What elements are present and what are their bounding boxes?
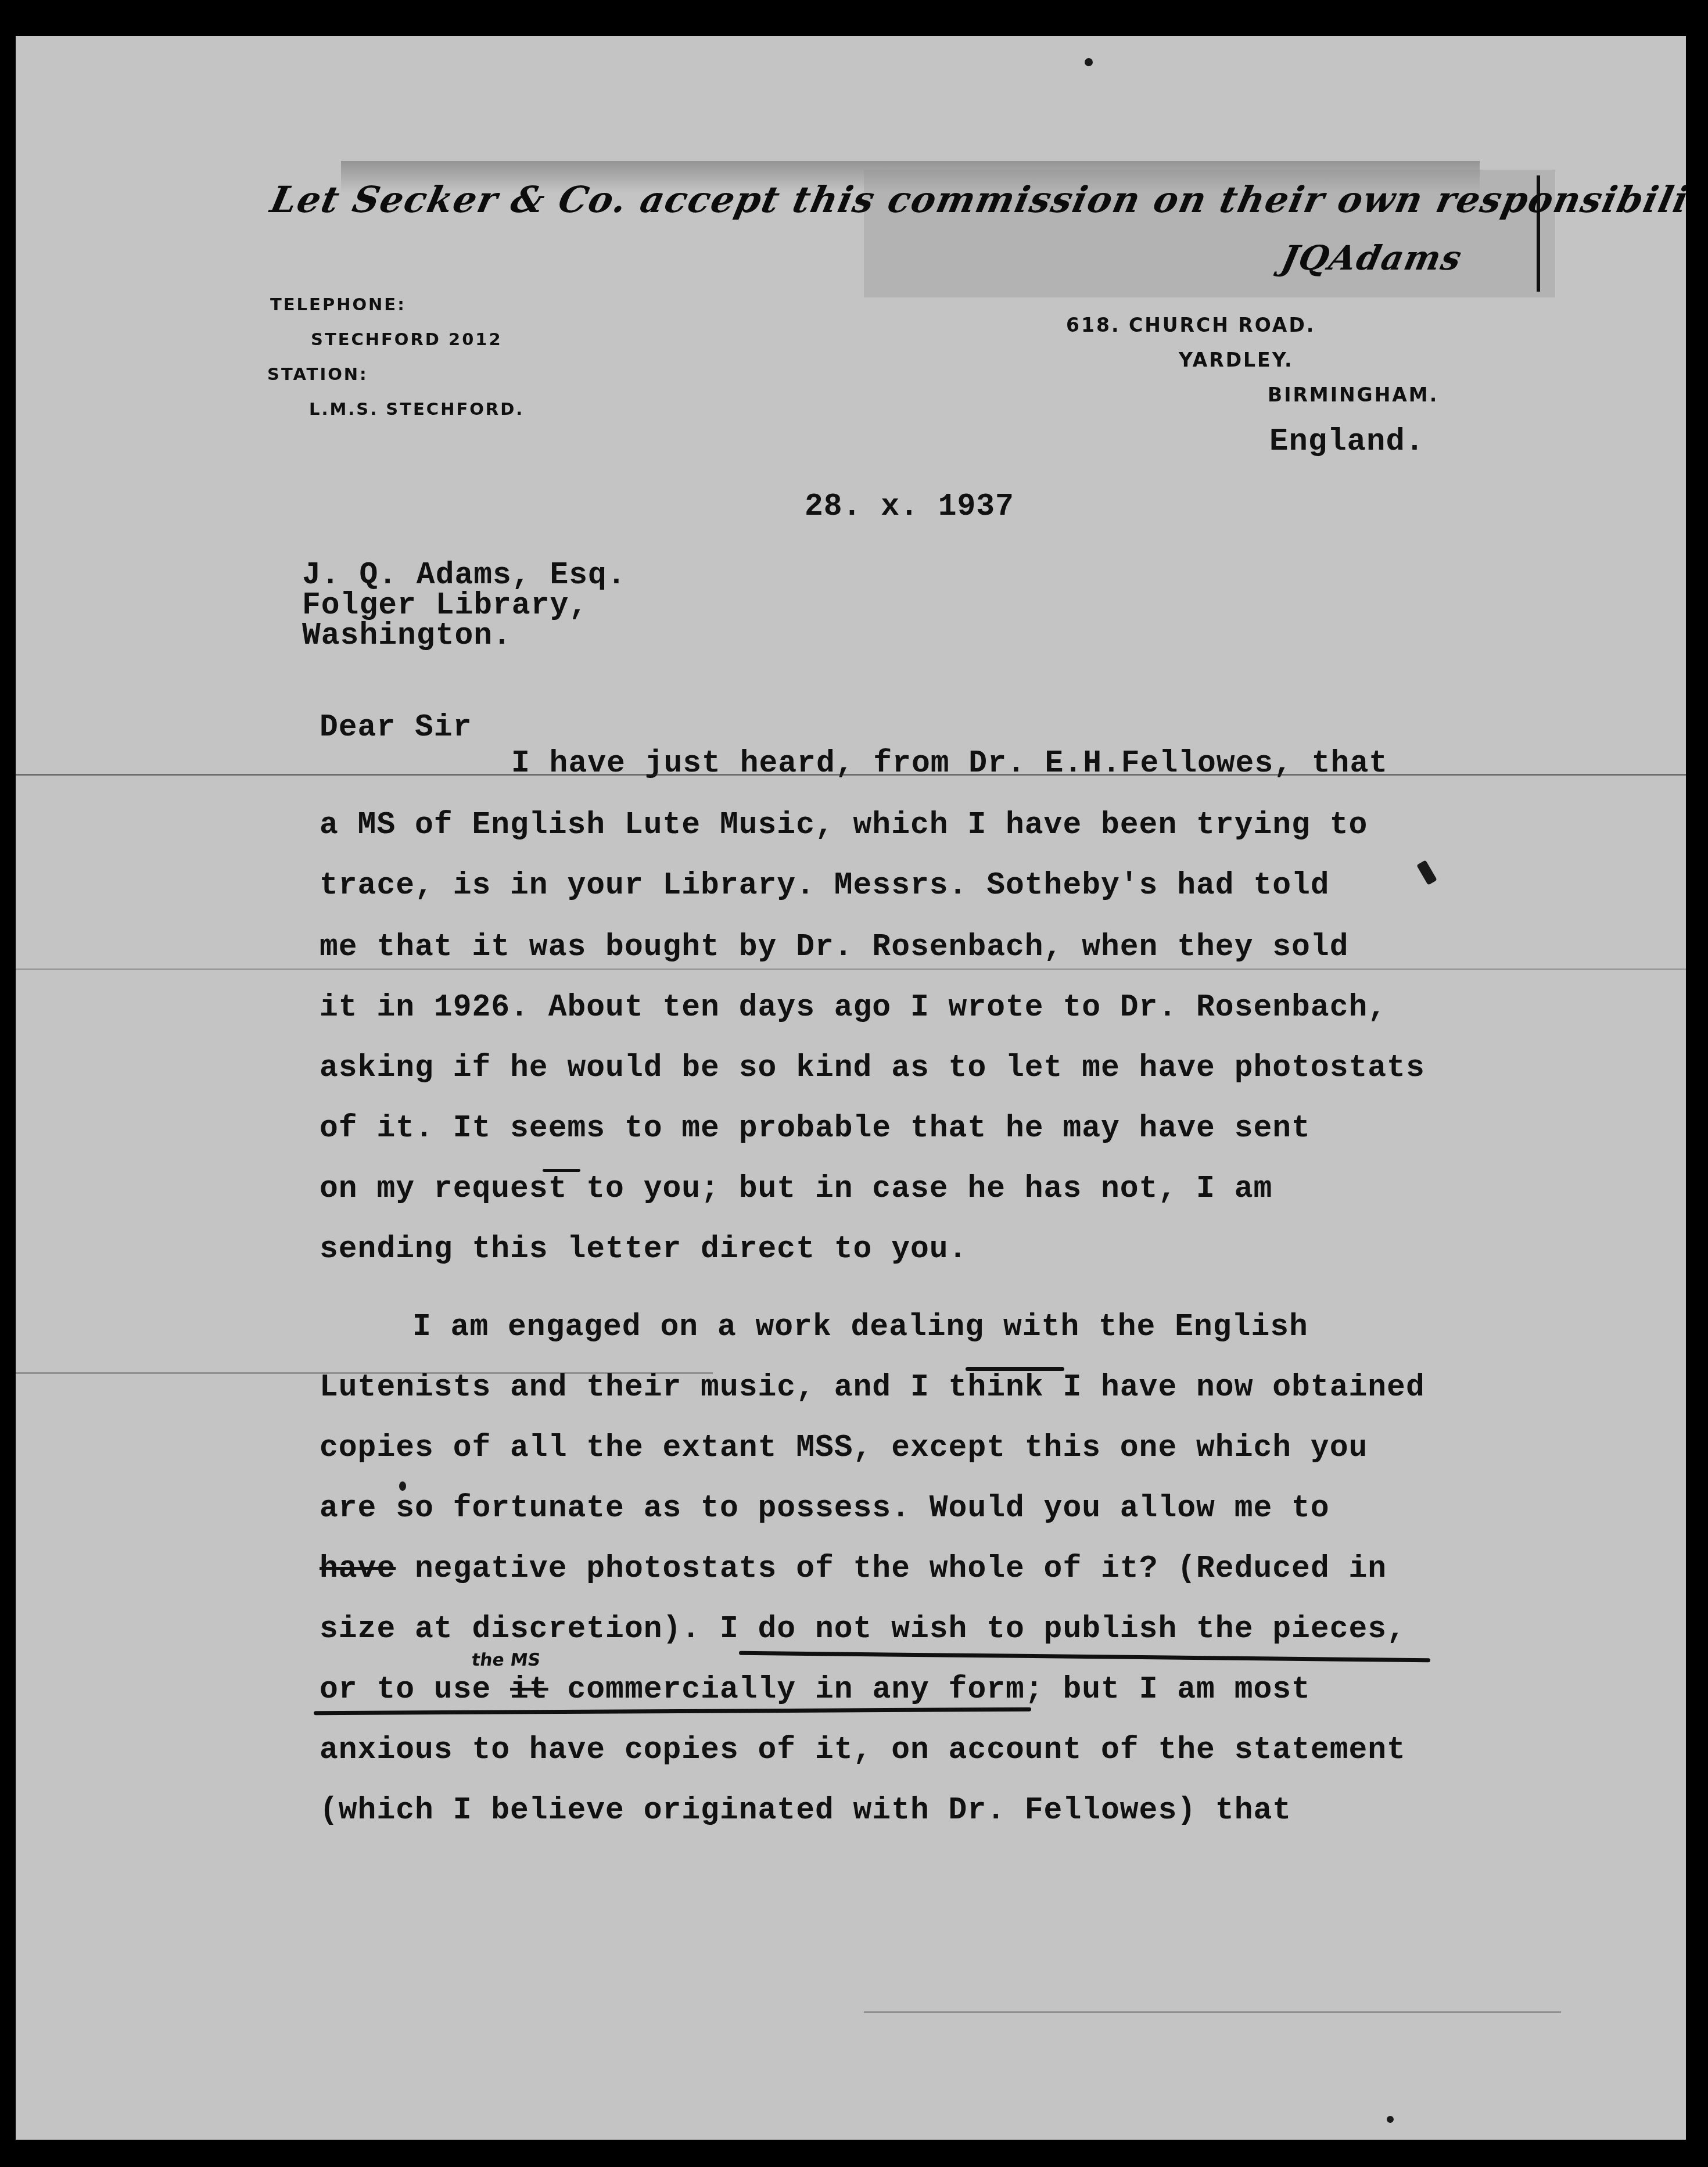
- letterhead-station-label: STATION:: [267, 364, 368, 384]
- struck-word: have: [320, 1551, 396, 1586]
- body-line-with-strike: have negative photostats of the whole of…: [320, 1551, 1387, 1586]
- body-line: on my request to you; but in case he has…: [320, 1171, 1272, 1206]
- body-line: are so fortunate as to possess. Would yo…: [320, 1491, 1330, 1526]
- body-line: (which I believe originated with Dr. Fel…: [320, 1793, 1291, 1828]
- body-line-after: commercially in any form; but I am most: [548, 1672, 1311, 1707]
- body-line: sending this letter direct to you.: [320, 1232, 967, 1267]
- letter-page: Let Secker & Co. accept this commission …: [16, 36, 1686, 2140]
- body-line: size at discretion). I do not wish to pu…: [320, 1612, 1406, 1646]
- body-line: Lutenists and their music, and I think I…: [320, 1370, 1425, 1405]
- letterhead-country: England.: [1269, 424, 1424, 460]
- struck-word: it: [510, 1672, 548, 1707]
- letterhead-telephone-value: STECHFORD 2012: [311, 329, 503, 349]
- letterhead-address-line2: YARDLEY.: [1179, 349, 1294, 371]
- letterhead-telephone-label: TELEPHONE:: [270, 295, 406, 314]
- handwritten-signature: JQAdams: [1278, 238, 1466, 278]
- body-line: of it. It seems to me probable that he m…: [320, 1111, 1311, 1146]
- body-line: I am engaged on a work dealing with the …: [412, 1309, 1308, 1344]
- body-line: anxious to have copies of it, on account…: [320, 1732, 1406, 1767]
- body-line: I have just heard, from Dr. E.H.Fellowes…: [511, 746, 1388, 781]
- underline-publish-pieces: [739, 1651, 1430, 1662]
- handwritten-insertion: the MS: [471, 1650, 542, 1670]
- scan-speck: [1416, 860, 1437, 885]
- body-line-rest: negative photostats of the whole of it? …: [396, 1551, 1387, 1586]
- scan-line: [864, 2011, 1561, 2013]
- underline-think: [966, 1367, 1064, 1371]
- letter-date: 28. x. 1937: [805, 489, 1014, 524]
- underline-commercially: [314, 1707, 1031, 1715]
- body-line: copies of all the extant MSS, except thi…: [320, 1430, 1368, 1465]
- scan-line: [16, 774, 1686, 776]
- body-line-with-strike: or to use it commercially in any form; b…: [320, 1672, 1311, 1707]
- recipient-city: Washington.: [302, 618, 512, 653]
- body-line: it in 1926. About ten days ago I wrote t…: [320, 990, 1387, 1025]
- scan-speck: [1085, 58, 1093, 66]
- letterhead-address-line1: 618. CHURCH ROAD.: [1066, 314, 1315, 336]
- scan-line: [16, 1372, 713, 1374]
- underline-seems: [543, 1169, 580, 1172]
- body-line-before: or to use: [320, 1672, 510, 1707]
- handwritten-annotation: Let Secker & Co. accept this commission …: [267, 178, 1686, 221]
- recipient-name: J. Q. Adams, Esq.: [302, 558, 626, 593]
- salutation: Dear Sir: [320, 710, 472, 745]
- body-line: me that it was bought by Dr. Rosenbach, …: [320, 930, 1348, 964]
- scan-line: [16, 968, 1686, 970]
- scan-speck: [1387, 2116, 1394, 2123]
- body-line: trace, is in your Library. Messrs. Sothe…: [320, 868, 1330, 903]
- body-line: a MS of English Lute Music, which I have…: [320, 808, 1368, 842]
- scan-speck: [399, 1481, 406, 1491]
- recipient-institution: Folger Library,: [302, 588, 588, 623]
- letterhead-station-value: L.M.S. STECHFORD.: [309, 399, 524, 419]
- letterhead-address-line3: BIRMINGHAM.: [1268, 383, 1438, 406]
- body-line: asking if he would be so kind as to let …: [320, 1050, 1425, 1085]
